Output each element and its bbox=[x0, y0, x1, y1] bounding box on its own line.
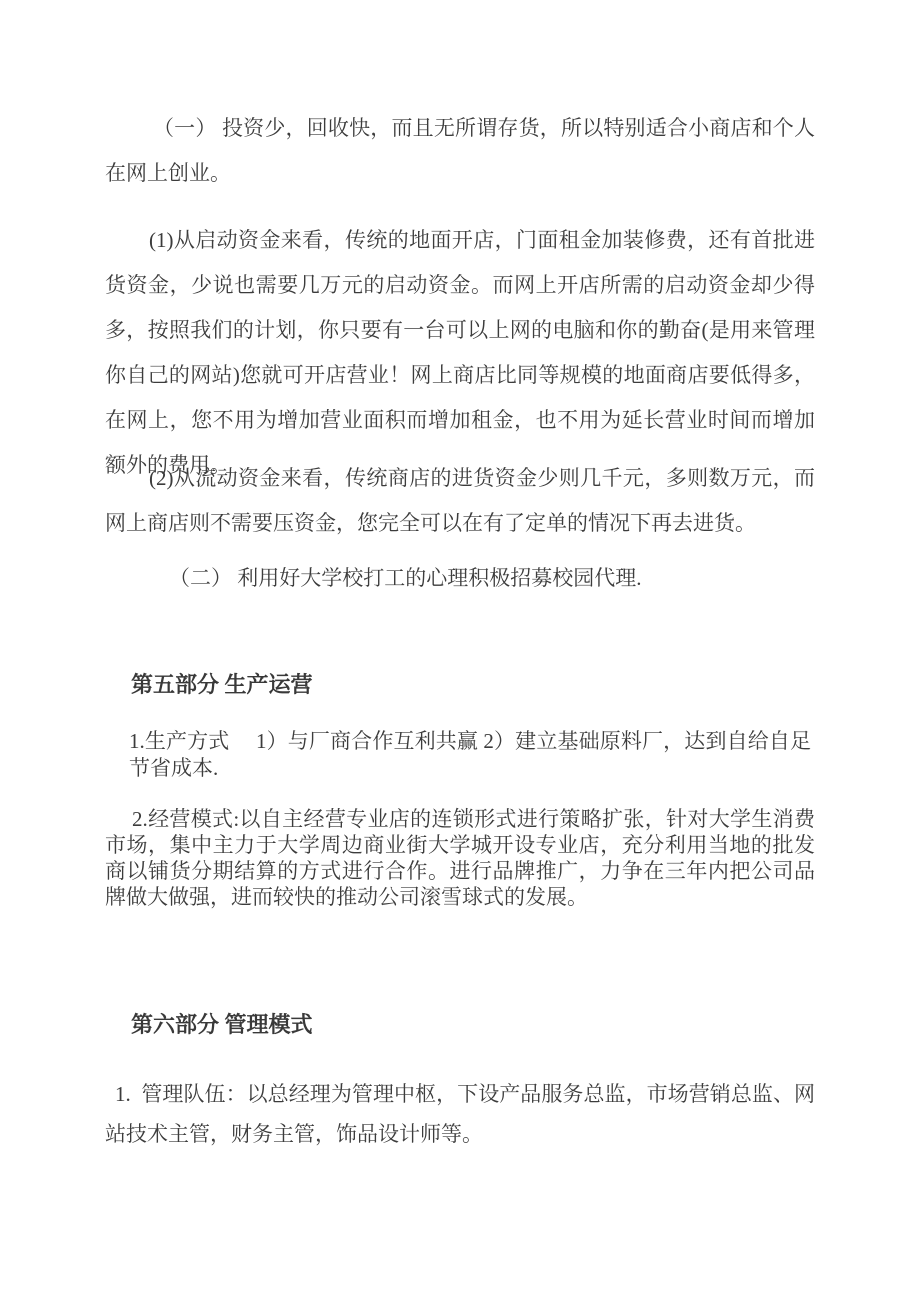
document-page: （一） 投资少，回收快，而且无所谓存货，所以特别适合小商店和个人在网上创业。 (… bbox=[0, 0, 920, 1302]
paragraph-advantage-one: （一） 投资少，回收快，而且无所谓存货，所以特别适合小商店和个人在网上创业。 bbox=[105, 106, 815, 196]
section-heading-part6-management-model: 第六部分 管理模式 bbox=[131, 1010, 815, 1040]
paragraph-startup-capital: (1)从启动资金来看，传统的地面开店，门面租金加装修费，还有首批进货资金，少说也… bbox=[105, 218, 815, 488]
paragraph-business-model: 2.经营模式:以自主经营专业店的连锁形式进行策略扩张，针对大学生消费市场，集中主… bbox=[105, 806, 815, 910]
section-heading-part5-production-operations: 第五部分 生产运营 bbox=[131, 670, 815, 700]
paragraph-working-capital: (2)从流动资金来看，传统商店的进货资金少则几千元，多则数万元，而网上商店则不需… bbox=[105, 456, 815, 546]
paragraph-production-method: 1.生产方式 1）与厂商合作互利共赢 2）建立基础原料厂，达到自给自足节省成本. bbox=[129, 728, 811, 782]
paragraph-advantage-two: （二） 利用好大学校打工的心理积极招募校园代理. bbox=[105, 556, 815, 601]
paragraph-management-team: 1. 管理队伍：以总经理为管理中枢，下设产品服务总监，市场营销总监、网站技术主管… bbox=[105, 1074, 815, 1154]
